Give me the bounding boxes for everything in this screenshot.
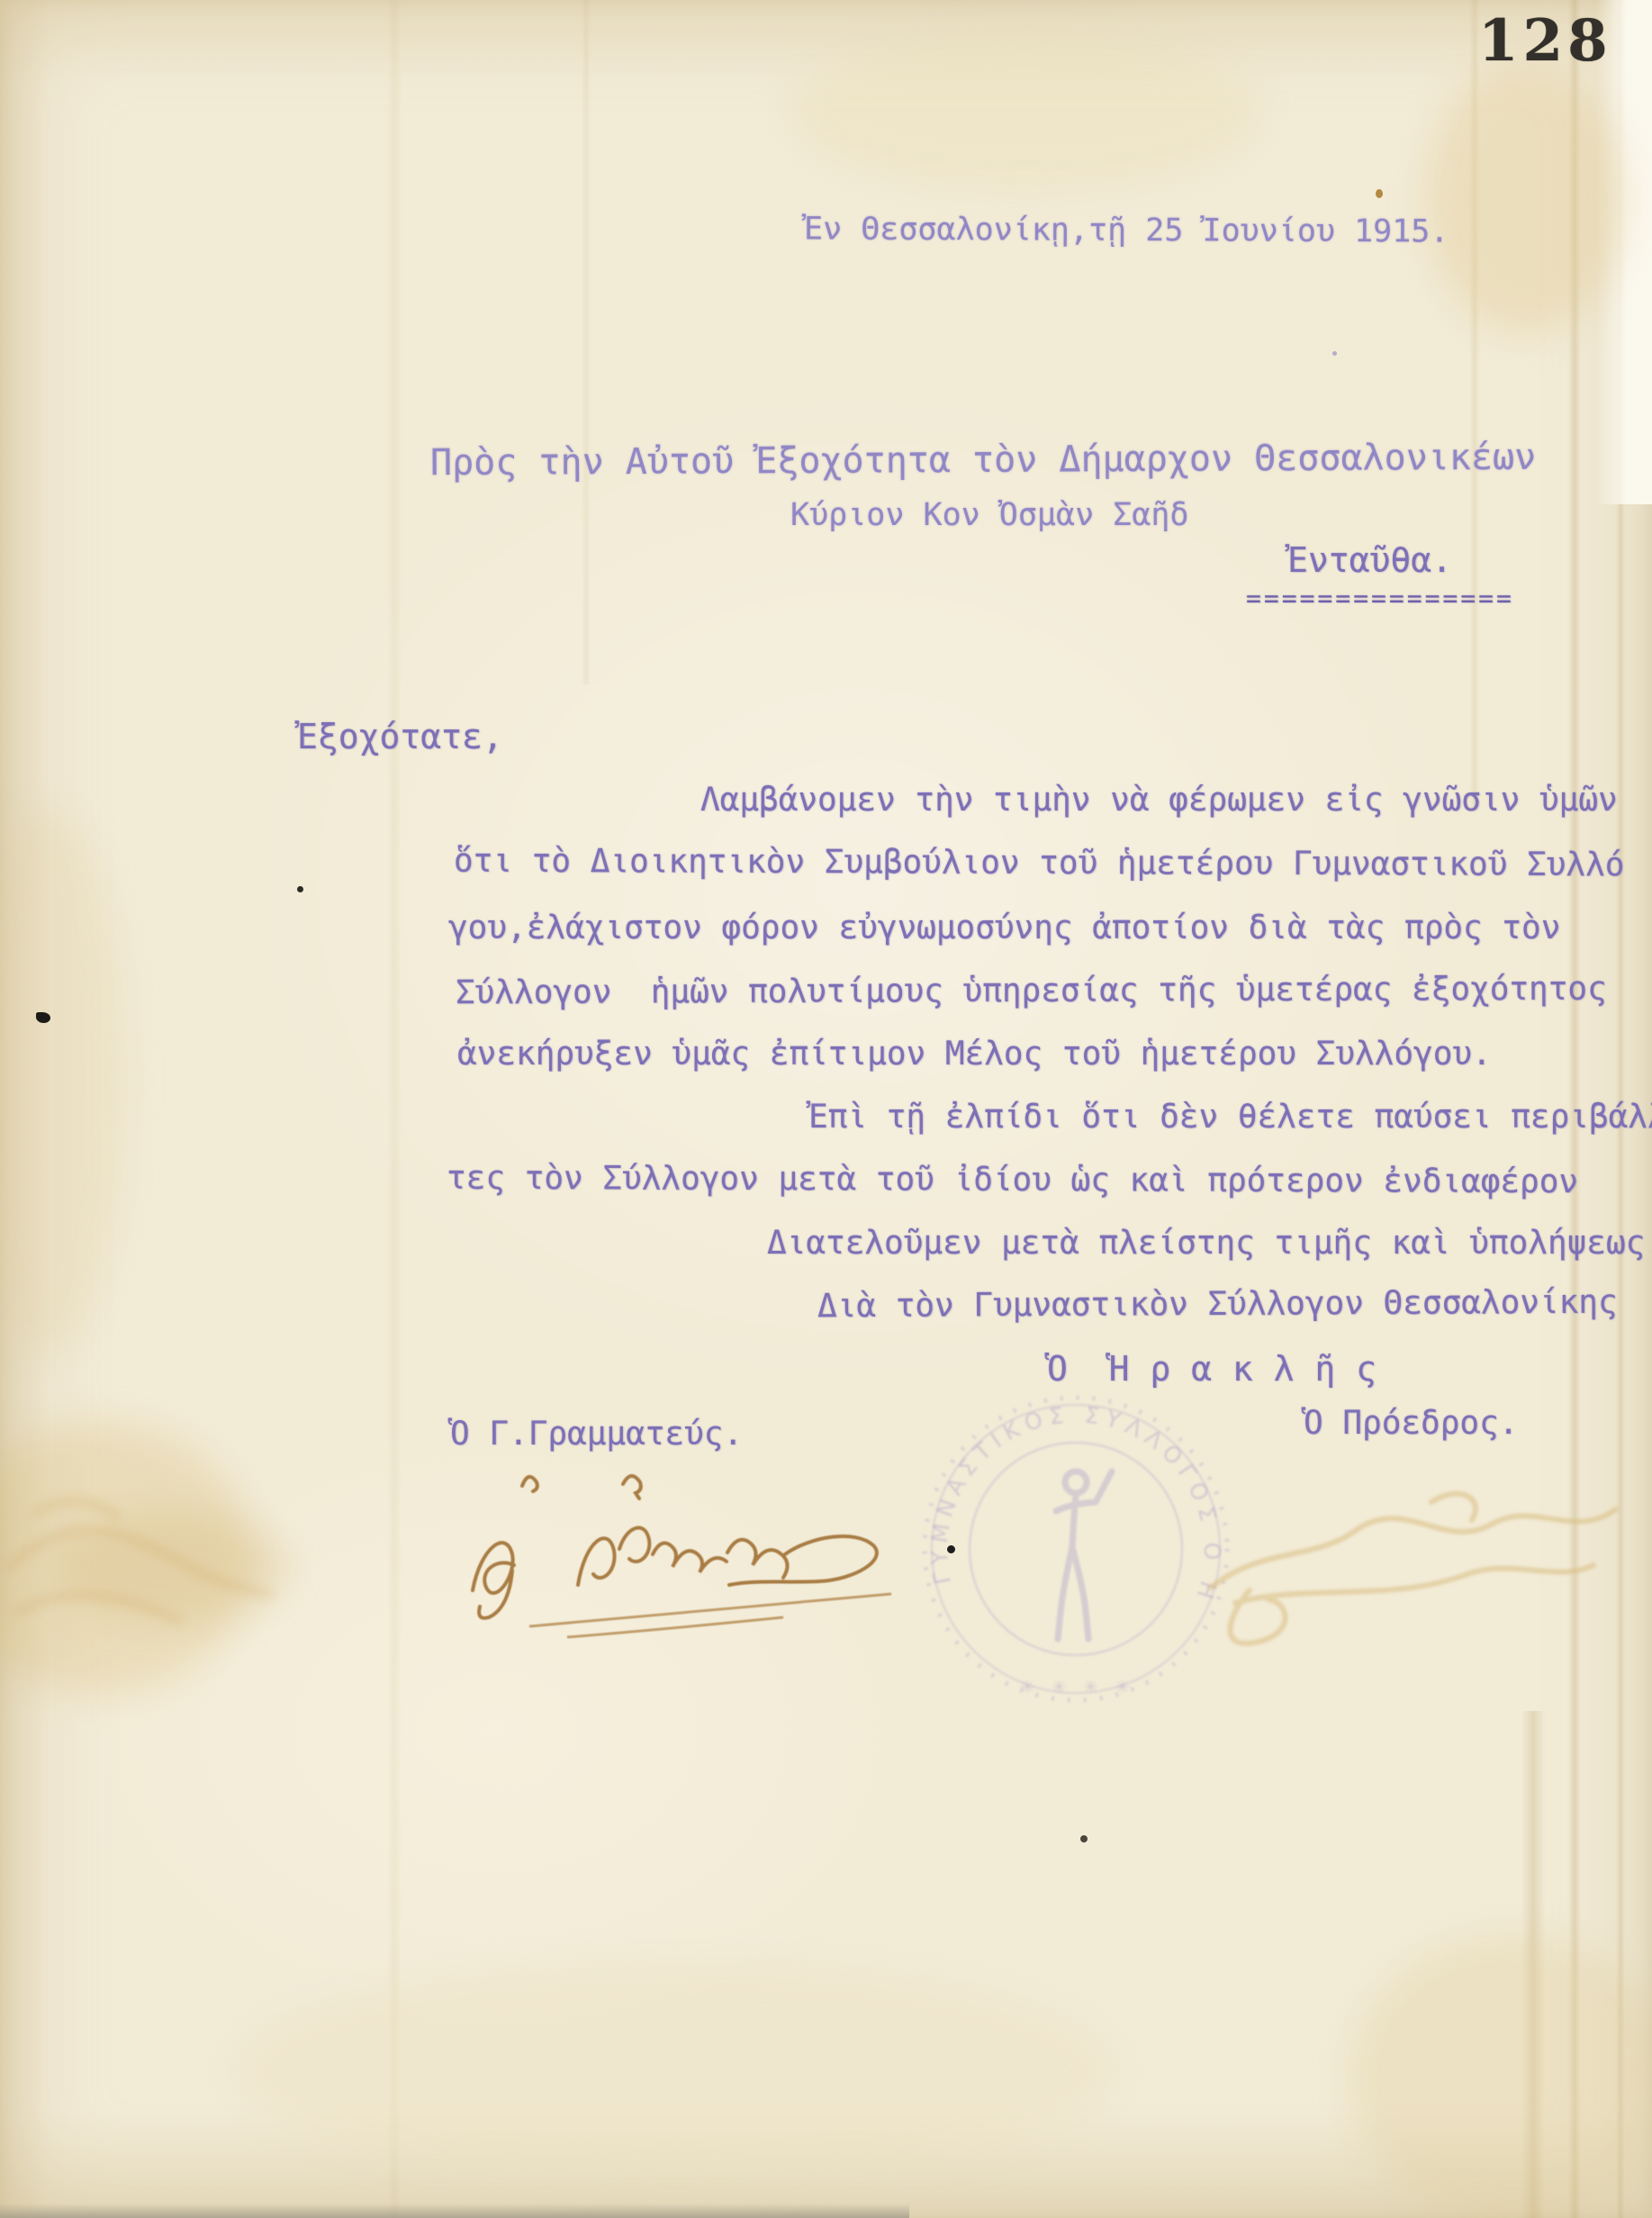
president-signature (1161, 1448, 1652, 1655)
seal-bottom-marks: ✳ ✳ ✳ ✳ (1020, 1676, 1135, 1697)
paper-crease (1469, 0, 1480, 810)
ink-speck (36, 1012, 50, 1023)
secretary-signature (387, 1439, 945, 1664)
ink-speck (1376, 189, 1383, 198)
president-signature-svg (1161, 1448, 1652, 1655)
body-line: ἀνεκήρυξεν ὑμᾶς ἐπίτιμον Μέλος τοῦ ἡμετέ… (457, 1036, 1492, 1073)
ink-speck (297, 886, 303, 892)
offset-ink-marks (0, 1459, 288, 1693)
paper-stain (1427, 63, 1625, 333)
location-underline: =============== (1246, 584, 1514, 613)
recipient-location: Ἐνταῦθα. (1287, 540, 1452, 580)
closing-organization-line: Διὰ τὸν Γυμναστικὸν Σύλλογον Θεσσαλονίκη… (817, 1284, 1618, 1326)
paper-crease (387, 0, 402, 2218)
recipient-line-2: Κύριον Κον Ὀσμὰν Σαῆδ (790, 497, 1189, 533)
body-line: τες τὸν Σύλλογον μετὰ τοῦ ἰδίου ὡς καὶ π… (447, 1160, 1578, 1200)
recipient-line-1: Πρὸς τὴν Αὐτοῦ Ἐξοχότητα τὸν Δήμαρχον Θε… (430, 437, 1536, 484)
body-line: ὅτι τὸ Διοικητικὸν Συμβούλιον τοῦ ἡμετέρ… (454, 843, 1625, 884)
scanned-letter-page: 128 Ἐν Θεσσαλονίκῃ,τῇ 25 Ἰουνίου 1915. Π… (0, 0, 1652, 2218)
club-name: Ὁ Ἡ ρ α κ λ ῆ ς (1047, 1349, 1377, 1389)
paper-stain (0, 1423, 252, 1693)
paper-crease (1521, 1711, 1545, 2218)
paper-stain (792, 36, 1260, 189)
body-line: γου,ἐλάχιστον φόρον εὐγνωμοσύνης ἀποτίον… (448, 910, 1560, 946)
ink-speck (1080, 1835, 1088, 1842)
ink-speck (1332, 351, 1337, 356)
paper-stain (0, 810, 126, 1351)
heracles-figure-icon (1056, 1471, 1112, 1639)
paper-crease (582, 0, 591, 684)
president-title: Ὁ Πρόεδρος. (1304, 1405, 1518, 1442)
page-number: 128 (1478, 7, 1612, 75)
body-line: Σύλλογον ἡμῶν πολυτίμους ὑπηρεσίας τῆς ὑ… (456, 971, 1607, 1011)
scan-bottom-edge (0, 2204, 909, 2218)
body-line: Ἐπὶ τῇ ἐλπίδι ὅτι δὲν θέλετε παύσει περι… (808, 1099, 1652, 1136)
paper-stain (54, 1513, 288, 1621)
torn-edge-highlight (1596, 0, 1652, 504)
body-line: Διατελοῦμεν μετὰ πλείστης τιμῆς καὶ ὑπολ… (767, 1225, 1652, 1262)
secretary-signature-svg (387, 1439, 945, 1664)
paper-stain (234, 1963, 1116, 2179)
body-line: Λαμβάνομεν τὴν τιμὴν νὰ φέρωμεν εἰς γνῶσ… (700, 782, 1618, 819)
date-line: Ἐν Θεσσαλονίκῃ,τῇ 25 Ἰουνίου 1915. (804, 211, 1449, 249)
salutation: Ἐξοχότατε, (297, 717, 503, 756)
paper-stain (1350, 1936, 1652, 2218)
